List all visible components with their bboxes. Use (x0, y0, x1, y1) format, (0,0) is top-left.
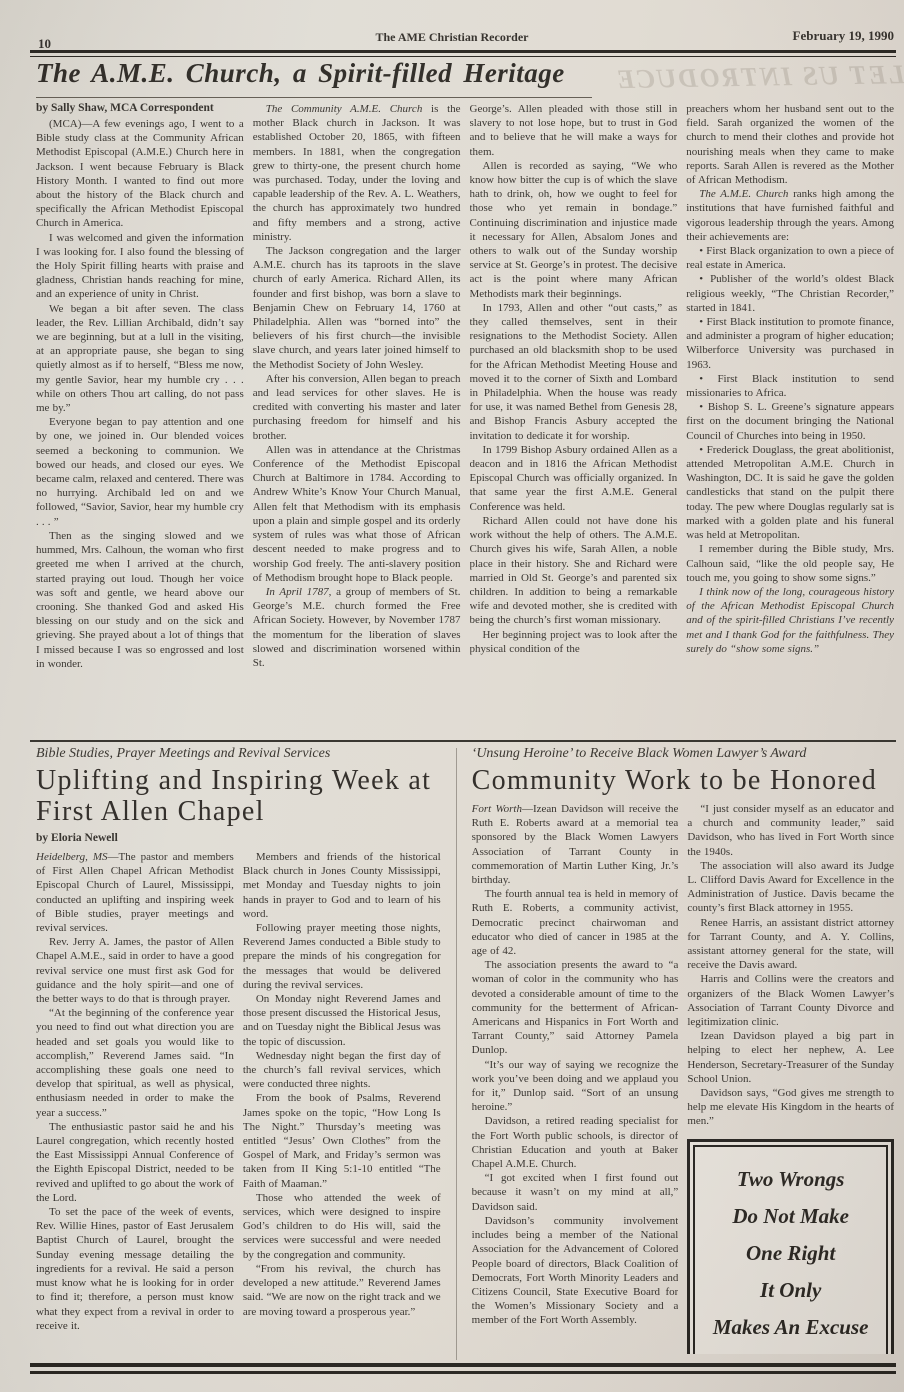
paragraph: (MCA)—A few evenings ago, I went to a Bi… (36, 117, 244, 231)
paragraph: The Jackson congregation and the larger … (253, 244, 461, 372)
newspaper-page: 10 The AME Christian Recorder February 1… (0, 0, 904, 1392)
paragraph: In 1799 Bishop Asbury ordained Allen as … (470, 443, 678, 514)
article-column-2: The Community A.M.E. Church is the mothe… (253, 102, 461, 740)
quote-line: It Only (699, 1272, 882, 1309)
header-rule-thin (30, 56, 896, 57)
paragraph: On Monday night Reverend James and those… (243, 992, 441, 1049)
main-headline: The A.M.E. Church, a Spirit-filled Herit… (36, 58, 565, 89)
paragraph: Then as the singing slowed and we hummed… (36, 529, 244, 671)
paragraph: • Bishop S. L. Greene’s signature appear… (686, 400, 894, 443)
paragraph: Fort Worth—Izean Davidson will receive t… (472, 802, 679, 887)
paragraph: “At the beginning of the conference year… (36, 1006, 234, 1120)
italic-lead: Fort Worth (472, 803, 522, 815)
byline: by Eloria Newell (36, 832, 441, 844)
column-text: (MCA)—A few evenings ago, I went to a Bi… (36, 117, 244, 671)
article-column-2: Members and friends of the historical Bl… (243, 850, 441, 1355)
paragraph: Richard Allen could not have done his wo… (470, 514, 678, 628)
quote-box: Two WrongsDo Not MakeOne RightIt OnlyMak… (687, 1139, 894, 1354)
paragraph: “It’s our way of saying we recognize the… (472, 1058, 679, 1115)
paragraph: George’s. Allen pleaded with those still… (470, 102, 678, 159)
paragraph: Members and friends of the historical Bl… (243, 850, 441, 921)
main-article: by Sally Shaw, MCA Correspondent (MCA)—A… (36, 102, 894, 740)
paragraph: Her beginning project was to look after … (470, 628, 678, 656)
paragraph: Rev. Jerry A. James, the pastor of Allen… (36, 935, 234, 1006)
paragraph: I think now of the long, courageous hist… (686, 585, 894, 656)
paragraph: I was welcomed and given the information… (36, 231, 244, 302)
bleedthrough-text: LET US INTRODUCE (575, 59, 904, 96)
quote-box-inner: Two WrongsDo Not MakeOne RightIt OnlyMak… (693, 1145, 888, 1354)
paragraph: Davidson, a retired reading specialist f… (472, 1114, 679, 1171)
right-article-headline: Community Work to be Honored (472, 765, 894, 796)
paragraph: preachers whom her husband sent out to t… (686, 102, 894, 187)
quote-line: Do Not Make (699, 1198, 882, 1235)
paragraph: Izean Davidson played a big part in help… (687, 1029, 894, 1086)
paragraph: Those who attended the week of services,… (243, 1191, 441, 1262)
italic-lead: The Community A.M.E. Church (266, 103, 423, 115)
article-column-2: “I just consider myself as an educator a… (687, 802, 894, 1354)
issue-date: February 19, 1990 (793, 28, 894, 44)
paragraph: Renee Harris, an assistant district atto… (687, 916, 894, 973)
paragraph: The association will also award its Judg… (687, 859, 894, 916)
paragraph: • First Black institution to send missio… (686, 372, 894, 400)
paragraph: “I just consider myself as an educator a… (687, 802, 894, 859)
paragraph: Following prayer meeting those nights, R… (243, 921, 441, 992)
byline: by Sally Shaw, MCA Correspondent (36, 102, 244, 114)
paragraph: In April 1787, a group of members of St.… (253, 585, 461, 670)
column-text: “I just consider myself as an educator a… (687, 802, 894, 1129)
paragraph: In 1793, Allen and other “out casts,” as… (470, 301, 678, 443)
paragraph: The fourth annual tea is held in memory … (472, 887, 679, 958)
paragraph: Wednesday night began the first day of t… (243, 1049, 441, 1092)
paragraph: After his conversion, Allen began to pre… (253, 372, 461, 443)
paragraph: • Publisher of the world’s oldest Black … (686, 272, 894, 315)
paragraph: • First Black organization to own a piec… (686, 244, 894, 272)
paragraph: Harris and Collins were the creators and… (687, 972, 894, 1029)
paragraph: The A.M.E. Church ranks high among the i… (686, 187, 894, 244)
paragraph: Heidelberg, MS—The pastor and members of… (36, 850, 234, 935)
italic-lead: Heidelberg, MS (36, 851, 108, 863)
paragraph: The association presents the award to “a… (472, 958, 679, 1057)
paragraph: I remember during the Bible study, Mrs. … (686, 542, 894, 585)
paragraph: Everyone began to pay attention and one … (36, 415, 244, 529)
kicker: Bible Studies, Prayer Meetings and Reviv… (36, 746, 441, 762)
footer-rule-thin (30, 1371, 896, 1374)
article-column-1: Heidelberg, MS—The pastor and members of… (36, 850, 234, 1355)
paragraph: • Frederick Douglass, the great abolitio… (686, 443, 894, 542)
header-rule-heavy (30, 50, 896, 53)
paragraph: We began a bit after seven. The class le… (36, 302, 244, 416)
paragraph: “From his revival, the church has develo… (243, 1262, 441, 1319)
paragraph: The enthusiastic pastor said he and his … (36, 1120, 234, 1205)
paragraph: Allen was in attendance at the Christmas… (253, 443, 461, 585)
paragraph: From the book of Psalms, Reverend James … (243, 1091, 441, 1190)
paragraph: Davidson’s community involvement include… (472, 1214, 679, 1328)
paragraph: Allen is recorded as saying, “We who kno… (470, 159, 678, 301)
quote-line: Makes An Excuse (699, 1309, 882, 1346)
right-article: ‘Unsung Heroine’ to Receive Black Women … (472, 746, 894, 1360)
section-divider-rule (30, 740, 896, 742)
paragraph: Davidson says, “God gives me strength to… (687, 1086, 894, 1129)
quote-line: Two Wrongs (699, 1161, 882, 1198)
left-article-headline: Uplifting and Inspiring Week at First Al… (36, 765, 441, 827)
article-column-3: George’s. Allen pleaded with those still… (470, 102, 678, 740)
article-column-1: Fort Worth—Izean Davidson will receive t… (472, 802, 679, 1354)
footer-rule-heavy (30, 1363, 896, 1367)
quote-line: One Right (699, 1235, 882, 1272)
paragraph: • First Black institution to promote fin… (686, 315, 894, 372)
masthead-title: The AME Christian Recorder (376, 30, 529, 45)
article-column-4: preachers whom her husband sent out to t… (686, 102, 894, 740)
article-column-1: by Sally Shaw, MCA Correspondent (MCA)—A… (36, 102, 244, 740)
paragraph: “I got excited when I first found out be… (472, 1171, 679, 1214)
paragraph: The Community A.M.E. Church is the mothe… (253, 102, 461, 244)
column-divider (456, 748, 457, 1360)
left-article: Bible Studies, Prayer Meetings and Reviv… (36, 746, 441, 1360)
kicker: ‘Unsung Heroine’ to Receive Black Women … (472, 746, 894, 762)
italic-lead: In April 1787, (266, 586, 332, 598)
italic-lead: The A.M.E. Church (699, 188, 788, 200)
headline-underline (36, 97, 592, 98)
paragraph: To set the pace of the week of events, R… (36, 1205, 234, 1333)
lower-section: Bible Studies, Prayer Meetings and Reviv… (36, 746, 894, 1360)
